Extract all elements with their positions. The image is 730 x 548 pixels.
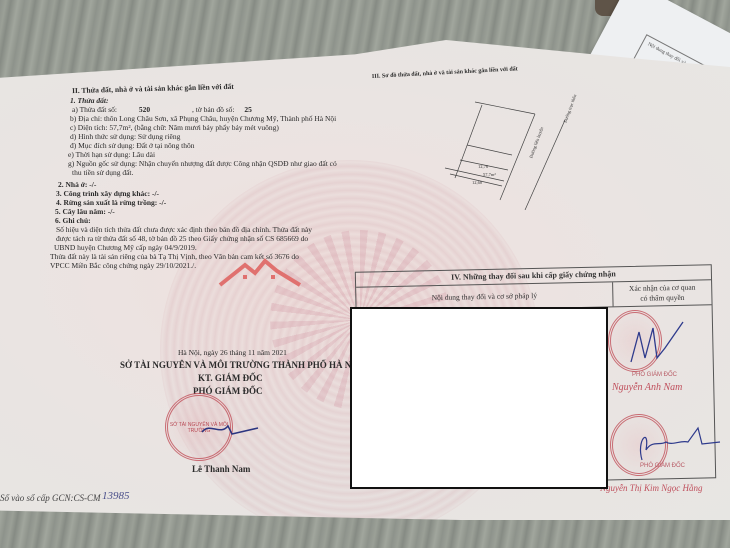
authority: SỞ TÀI NGUYÊN VÀ MÔI TRƯỜNG THÀNH PHỐ HÀ… bbox=[120, 360, 362, 370]
dimension-1: 12,76 bbox=[478, 164, 488, 169]
col-confirmation: Xác nhận của cơ quan có thẩm quyền bbox=[613, 280, 711, 306]
dimension-2: 12,60 bbox=[472, 180, 482, 185]
plot-area: 57,7m² bbox=[483, 172, 496, 177]
map-label: , tờ bản đồ số: bbox=[192, 105, 235, 114]
signer-1-name: Nguyễn Anh Nam bbox=[612, 382, 682, 393]
map-value: 25 bbox=[244, 105, 252, 114]
deputy-title-1: PHÓ GIÁM ĐỐC bbox=[632, 372, 677, 378]
signature-2-icon bbox=[632, 420, 722, 465]
redaction-box bbox=[350, 307, 608, 489]
col-confirmation-line2: có thẩm quyền bbox=[613, 292, 711, 304]
kt-director: KT. GIÁM ĐỐC bbox=[198, 373, 263, 383]
parcel-label: a) Thửa đất số: bbox=[72, 105, 117, 114]
registry-label: Số vào sổ cấp GCN:CS-CM bbox=[0, 493, 101, 503]
origin-line2: thu tiền sử dụng đất. bbox=[72, 168, 133, 178]
house-logo-icon bbox=[215, 257, 305, 287]
land-plot-diagram bbox=[440, 90, 580, 210]
parcel-value: 520 bbox=[139, 105, 150, 114]
signer-name: Lê Thanh Nam bbox=[192, 464, 250, 474]
date-line: Hà Nội, ngày 26 tháng 11 năm 2021 bbox=[178, 348, 287, 358]
signature-1-icon bbox=[625, 318, 685, 368]
deputy-title-2: PHÓ GIÁM ĐỐC bbox=[640, 463, 685, 469]
registry-number: 13985 bbox=[102, 490, 130, 502]
signature-icon bbox=[200, 418, 260, 440]
note-line-5: VPCC Miền Bắc công chứng ngày 29/10/2021… bbox=[50, 261, 196, 271]
signer-2-name: Nguyễn Thị Kim Ngọc Hằng bbox=[600, 483, 703, 493]
